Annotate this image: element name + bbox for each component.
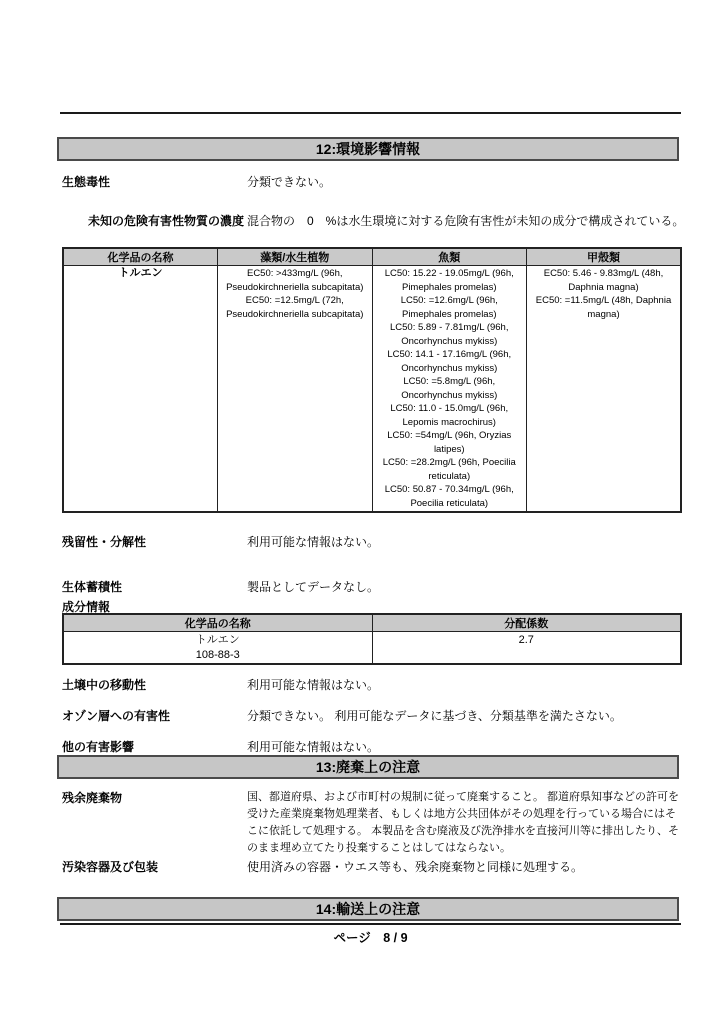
contaminated-container-label: 汚染容器及び包装 (62, 858, 158, 875)
component-header-partition: 分配係数 (372, 614, 681, 632)
ecotox-cell-algae: EC50: >433mg/L (96h, Pseudokirchneriella… (218, 266, 373, 512)
contaminated-container-value: 使用済みの容器・ウエス等も、残余廃棄物と同様に処理する。 (247, 858, 583, 875)
persistence-value: 利用可能な情報はない。 (247, 533, 379, 550)
residual-waste-value: 国、都道府県、および市町村の規制に従って廃棄すること。 都道府県知事などの許可を… (247, 789, 684, 857)
component-header-row: 化学品の名称 分配係数 (63, 614, 681, 632)
other-effects-label: 他の有害影響 (62, 738, 134, 755)
other-effects-value: 利用可能な情報はない。 (247, 738, 379, 755)
persistence-label: 残留性・分解性 (62, 533, 146, 550)
top-rule (60, 112, 681, 114)
ecotoxicity-table: 化学品の名称 藻類/水生植物 魚類 甲殻類 トルエン EC50: >433mg/… (62, 247, 682, 513)
soil-mobility-label: 土壌中の移動性 (62, 676, 146, 693)
component-cell-partition: 2.7 (372, 632, 681, 665)
component-cell-chemical: トルエン 108-88-3 (63, 632, 372, 665)
soil-mobility-value: 利用可能な情報はない。 (247, 676, 379, 693)
component-header-chemical: 化学品の名称 (63, 614, 372, 632)
bioaccumulation-label: 生体蓄積性 (62, 578, 122, 595)
section-12-header: 12:環境影響情報 (57, 137, 679, 161)
ozone-hazard-value: 分類できない。 利用可能なデータに基づき、分類基準を満たさない。 (247, 707, 622, 724)
ecotox-header-fish: 魚類 (372, 248, 527, 266)
sds-document-page: 12:環境影響情報 生態毒性 分類できない。 未知の危険有害性物質の濃度 混合物… (0, 0, 722, 1024)
ecotox-header-row: 化学品の名称 藻類/水生植物 魚類 甲殻類 (63, 248, 681, 266)
section-14-header: 14:輸送上の注意 (57, 897, 679, 921)
ecotoxicity-label: 生態毒性 (62, 173, 110, 190)
page-number: ページ 8 / 9 (60, 928, 681, 946)
ecotox-header-crustacea: 甲殻類 (527, 248, 682, 266)
ecotox-cell-crustacea: EC50: 5.46 - 9.83mg/L (48h, Daphnia magn… (527, 266, 682, 512)
ecotox-header-chemical: 化学品の名称 (63, 248, 218, 266)
ecotox-cell-fish: LC50: 15.22 - 19.05mg/L (96h, Pimephales… (372, 266, 527, 512)
footer-rule (60, 923, 681, 925)
ecotox-data-row: トルエン EC50: >433mg/L (96h, Pseudokirchner… (63, 266, 681, 512)
unknown-hazard-value: 混合物の 0 %は水生環境に対する危険有害性が未知の成分で構成されている。 (247, 212, 684, 229)
ecotox-header-algae: 藻類/水生植物 (218, 248, 373, 266)
component-data-row: トルエン 108-88-3 2.7 (63, 632, 681, 665)
ozone-hazard-label: オゾン層への有害性 (62, 707, 170, 724)
ecotoxicity-value: 分類できない。 (247, 173, 331, 190)
ecotox-cell-chemical: トルエン (63, 266, 218, 512)
bioaccumulation-value: 製品としてデータなし。 (247, 578, 379, 595)
residual-waste-label: 残余廃棄物 (62, 789, 122, 806)
unknown-hazard-label: 未知の危険有害性物質の濃度 (88, 212, 244, 229)
component-table: 化学品の名称 分配係数 トルエン 108-88-3 2.7 (62, 613, 682, 665)
section-13-header: 13:廃棄上の注意 (57, 755, 679, 779)
